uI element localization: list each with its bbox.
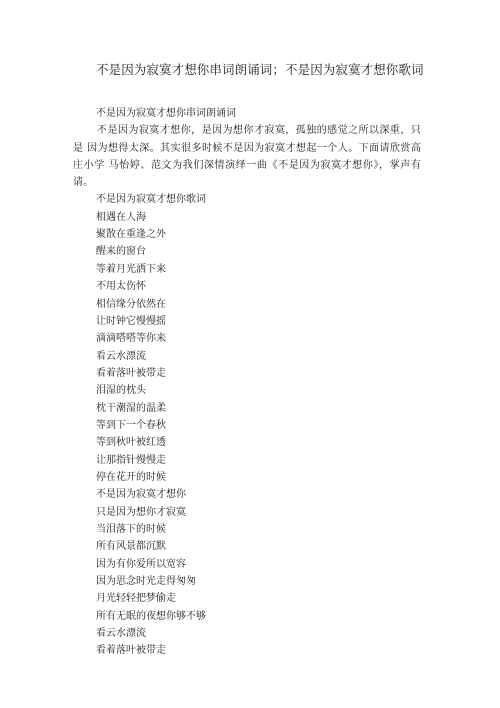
lyric-line: 让那指针慢慢走 [73, 452, 421, 469]
lyric-line: 月光轻轻把梦偷走 [73, 590, 421, 607]
lyric-line: 枕干潮湿的温柔 [73, 400, 421, 417]
lyric-line: 等到下一个春秋 [73, 417, 421, 434]
lyric-line: 不用太伤怀 [73, 278, 421, 295]
lyric-line: 等到秋叶被红透 [73, 434, 421, 451]
lyric-line: 看云水漂流 [73, 625, 421, 642]
lyrics-list: 相遇在人海 聚散在重逢之外 醒来的窗台 等着月光洒下来 不用太伤怀 相信缘分依然… [73, 209, 421, 660]
document-body: 不是因为寂寞才想你串词朗诵词 不是因为寂寞才想你，是因为想你才寂寞，孤独的感觉之… [73, 105, 421, 660]
lyric-line: 泪湿的枕头 [73, 382, 421, 399]
lyric-line: 醒来的窗台 [73, 243, 421, 260]
lyric-line: 不是因为寂寞才想你 [73, 486, 421, 503]
lyric-line: 聚散在重逢之外 [73, 226, 421, 243]
lyric-line: 等着月光洒下来 [73, 261, 421, 278]
lyric-line: 看着落叶被带走 [73, 365, 421, 382]
lyrics-heading: 不是因为寂寞才想你歌词 [73, 191, 421, 208]
lyric-line: 停在花开的时候 [73, 469, 421, 486]
lyric-line: 让时钟它慢慢摇 [73, 313, 421, 330]
lyric-line: 看云水漂流 [73, 348, 421, 365]
lyric-line: 相遇在人海 [73, 209, 421, 226]
intro-paragraph: 不是因为寂寞才想你，是因为想你才寂寞，孤独的感觉之所以深重，只是 因为想得太深。… [73, 122, 421, 191]
lyric-line: 因为思念时光走得匆匆 [73, 573, 421, 590]
lyric-line: 看着落叶被带走 [73, 642, 421, 659]
lyric-line: 因为有你爱所以宽容 [73, 556, 421, 573]
lyric-line: 只是因为想你才寂寞 [73, 504, 421, 521]
lyric-line: 所有无眠的夜想你够不够 [73, 608, 421, 625]
section-heading: 不是因为寂寞才想你串词朗诵词 [73, 105, 421, 122]
lyric-line: 所有风景都沉默 [73, 538, 421, 555]
lyric-line: 相信缘分依然在 [73, 296, 421, 313]
lyric-line: 当泪落下的时候 [73, 521, 421, 538]
lyric-line: 滴滴嗒嗒等你来 [73, 330, 421, 347]
document-title: 不是因为寂寞才想你串词朗诵词；不是因为寂寞才想你歌词 [96, 62, 416, 78]
